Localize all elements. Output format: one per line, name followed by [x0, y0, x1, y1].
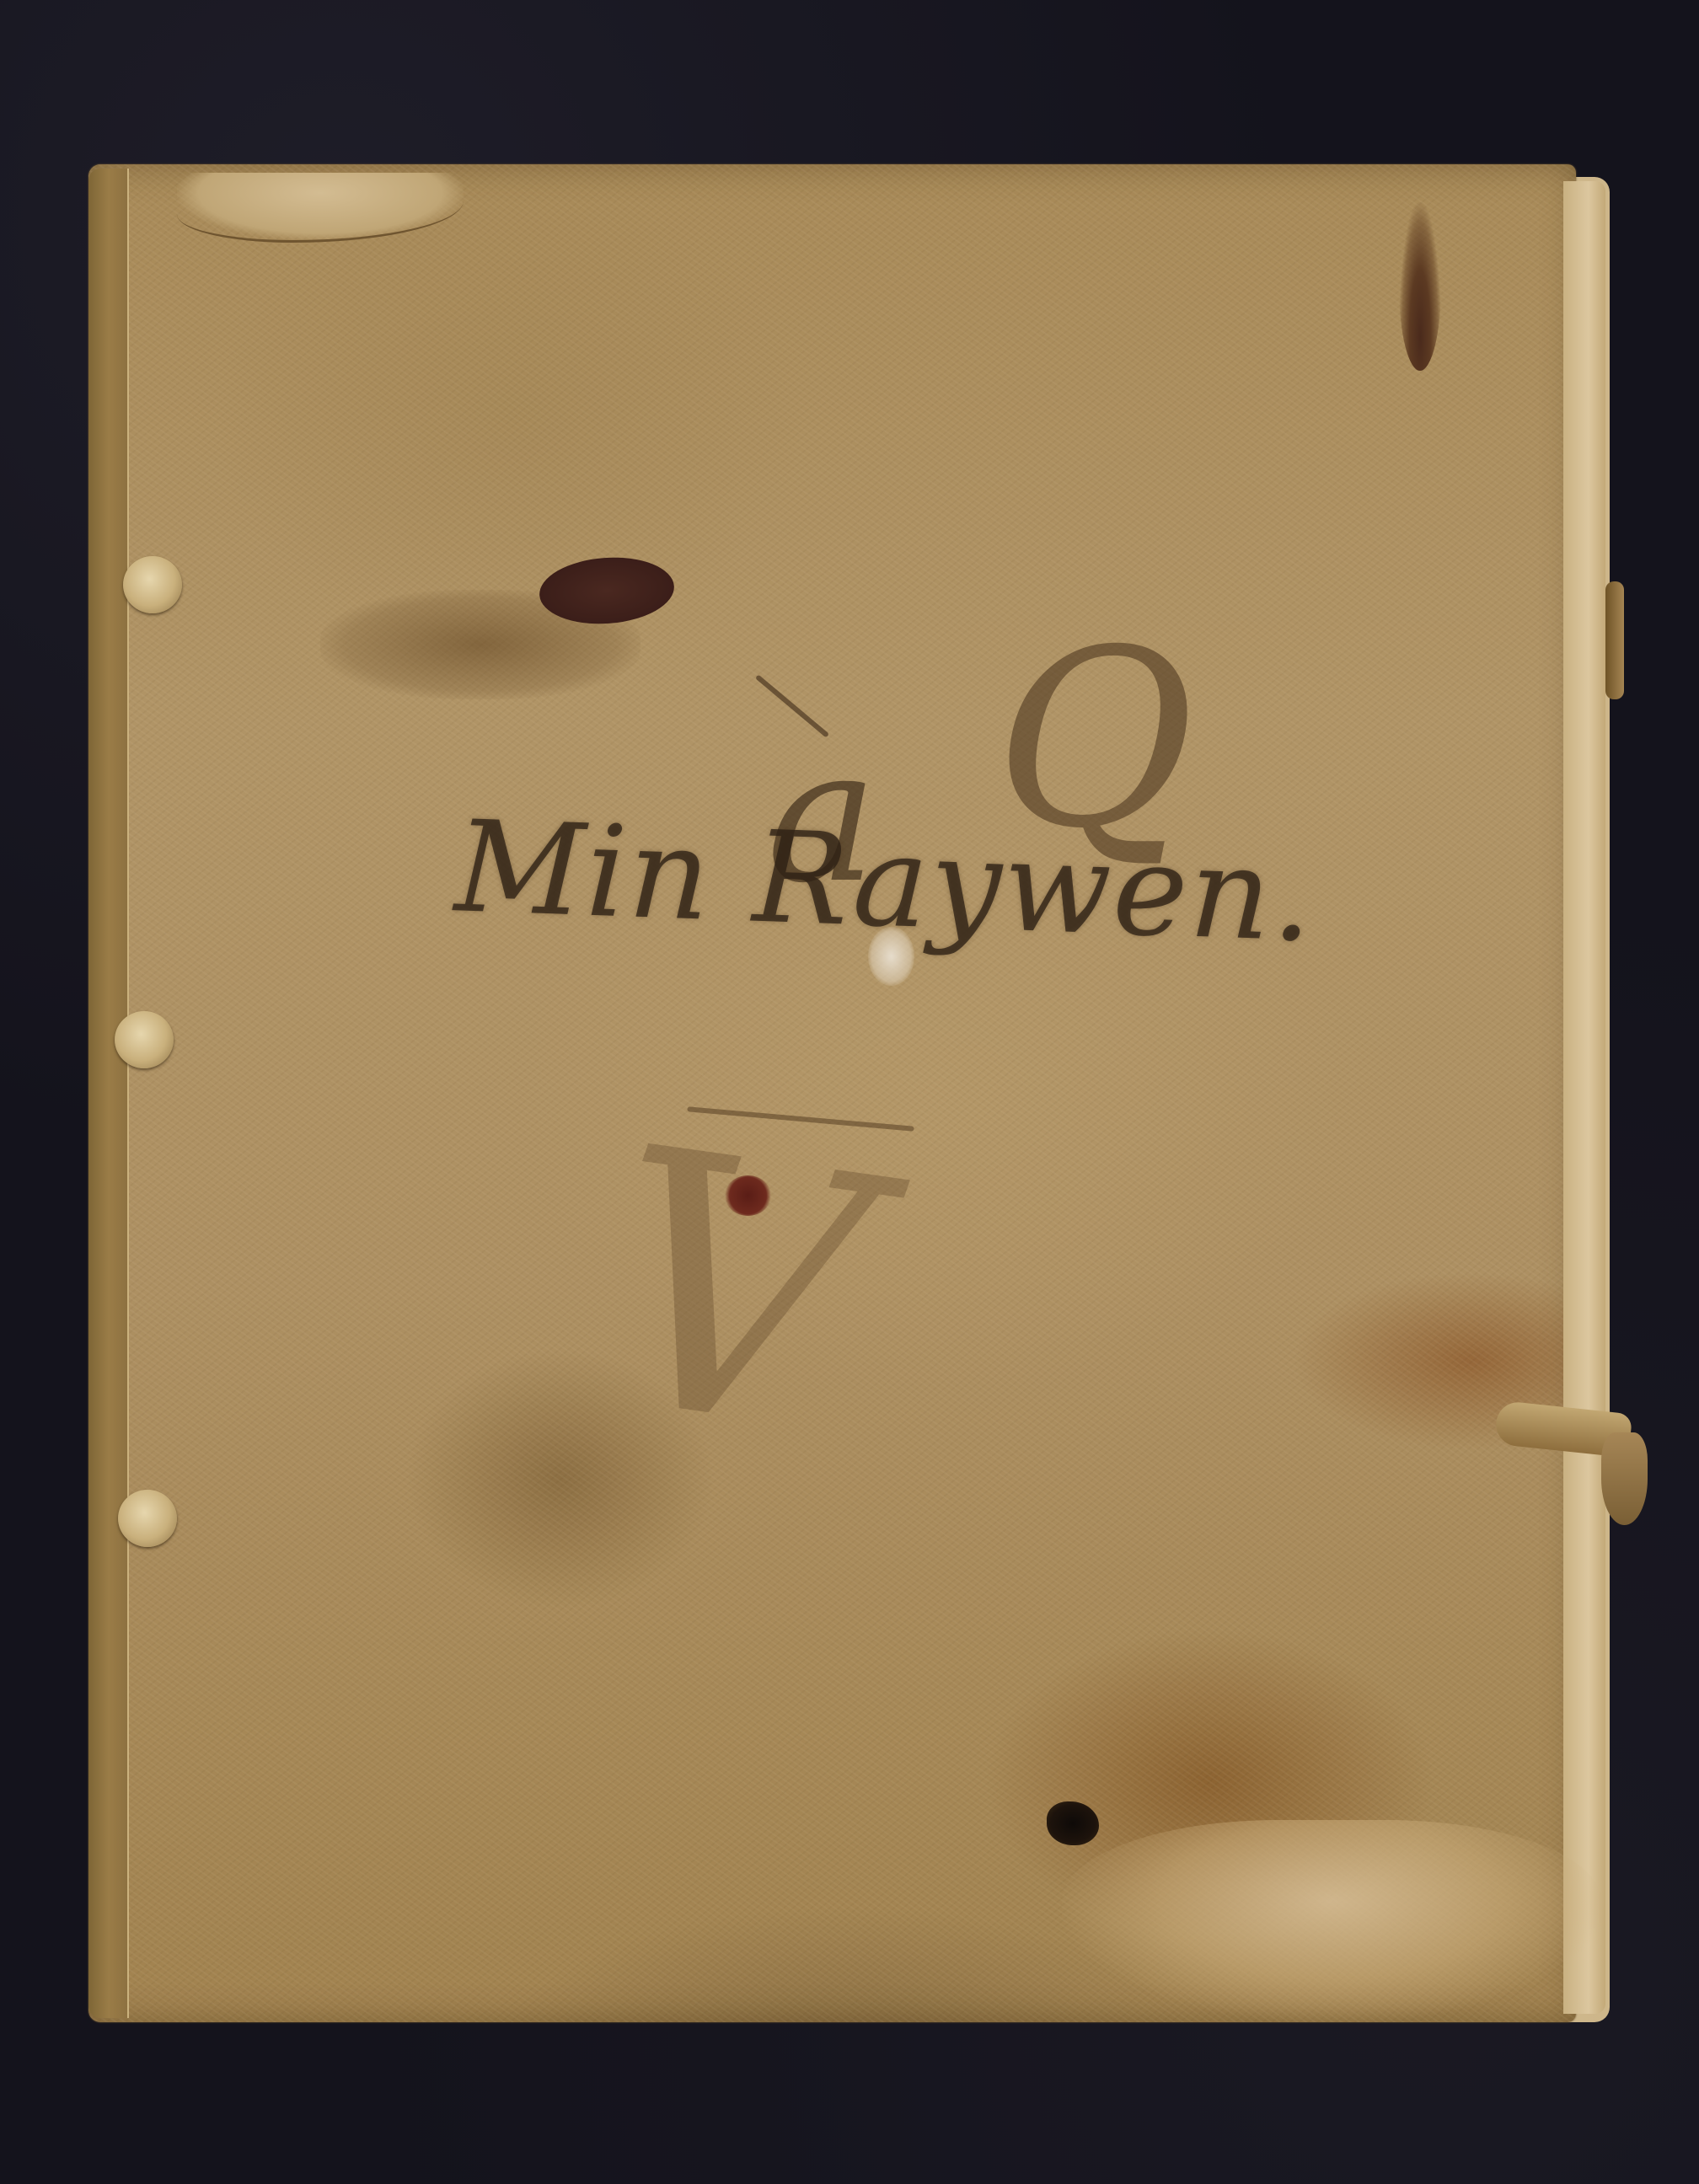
drip-stain [1399, 202, 1441, 371]
spine-fold [88, 169, 129, 2018]
worn-corner-damage [1062, 1820, 1601, 2022]
book-photograph: a Q V Min Raywen. [0, 0, 1699, 2184]
binding-tie-knot [123, 556, 182, 613]
binding-tie-knot [118, 1490, 177, 1547]
vellum-cover [88, 164, 1576, 2022]
clasp-tab [1605, 581, 1624, 699]
fore-edge-turn-in [1563, 181, 1605, 2014]
binding-tie-knot [115, 1011, 174, 1068]
clasp-strap-tip [1601, 1432, 1648, 1525]
handwritten-inscription: Min Raywen. [453, 794, 1316, 970]
